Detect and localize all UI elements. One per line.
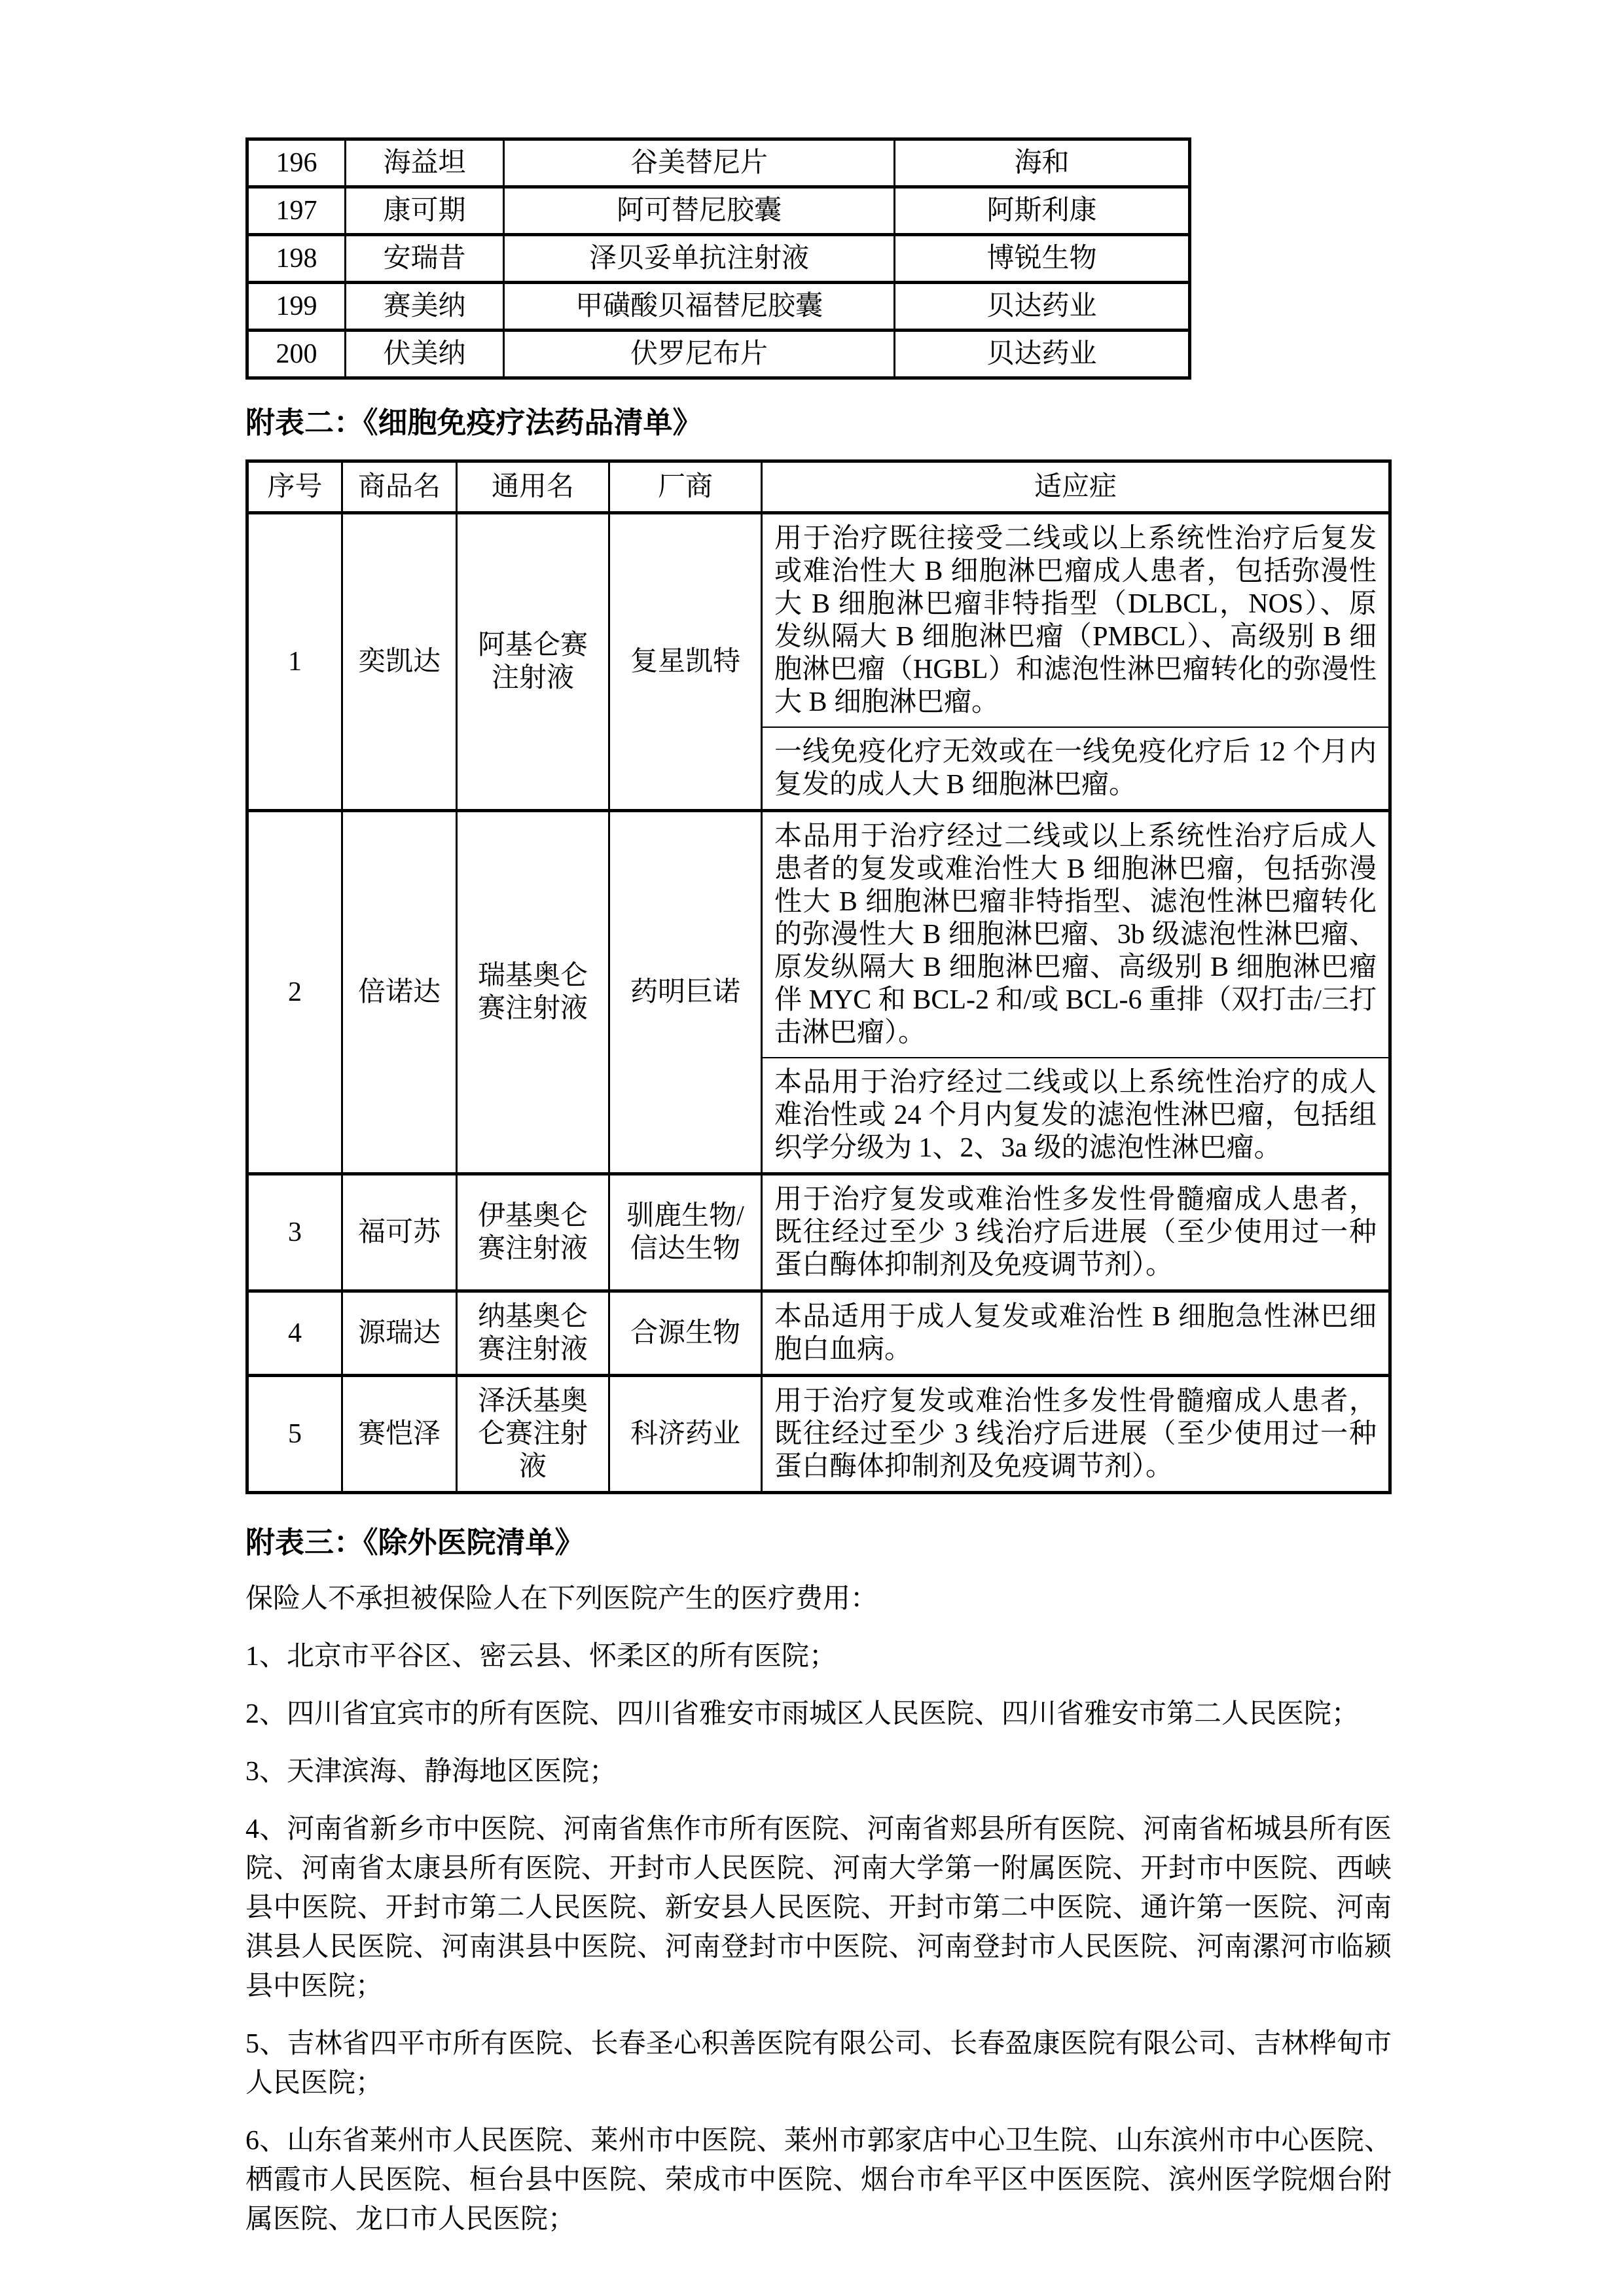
brand-name: 海益坦	[346, 139, 504, 187]
manufacturer: 驯鹿生物/信达生物	[609, 1174, 762, 1291]
table-row: 196 海益坦 谷美替尼片 海和	[247, 139, 1190, 187]
row-number: 197	[247, 187, 346, 235]
document-page: 196 海益坦 谷美替尼片 海和 197 康可期 阿可替尼胶囊 阿斯利康 198…	[0, 0, 1624, 2296]
table-row: 4 源瑞达 纳基奥仑赛注射液 合源生物 本品适用于成人复发或难治性 B 细胞急性…	[247, 1291, 1390, 1376]
table-row: 1 奕凯达 阿基仑赛注射液 复星凯特 用于治疗既往接受二线或以上系统性治疗后复发…	[247, 513, 1390, 728]
row-number: 196	[247, 139, 346, 187]
table-row: 3 福可苏 伊基奥仑赛注射液 驯鹿生物/信达生物 用于治疗复发或难治性多发性骨髓…	[247, 1174, 1390, 1291]
appendix3-intro: 保险人不承担被保险人在下列医院产生的医疗费用：	[245, 1579, 1392, 1619]
header-indication: 适应症	[762, 461, 1390, 513]
header-no: 序号	[247, 461, 342, 513]
generic-name: 伏罗尼布片	[504, 331, 895, 378]
immunotherapy-drug-table: 序号 商品名 通用名 厂商 适应症 1 奕凯达 阿基仑赛注射液 复星凯特 用于治…	[245, 459, 1392, 1494]
generic-name: 谷美替尼片	[504, 139, 895, 187]
table-row: 5 赛恺泽 泽沃基奥仑赛注射液 科济药业 用于治疗复发或难治性多发性骨髓瘤成人患…	[247, 1376, 1390, 1493]
indication-text: 本品适用于成人复发或难治性 B 细胞急性淋巴细胞白血病。	[762, 1291, 1390, 1376]
manufacturer: 合源生物	[609, 1291, 762, 1376]
row-number: 5	[247, 1376, 342, 1493]
manufacturer: 科济药业	[609, 1376, 762, 1493]
generic-name: 阿基仑赛注射液	[457, 513, 609, 811]
brand-name: 源瑞达	[342, 1291, 457, 1376]
hospital-item-6: 6、山东省莱州市人民医院、莱州市中医院、莱州市郭家店中心卫生院、山东滨州市中心医…	[245, 2121, 1392, 2239]
generic-name: 甲磺酸贝福替尼胶囊	[504, 283, 895, 331]
generic-name: 泽沃基奥仑赛注射液	[457, 1376, 609, 1493]
hospital-item-4: 4、河南省新乡市中医院、河南省焦作市所有医院、河南省郏县所有医院、河南省柘城县所…	[245, 1810, 1392, 2006]
appendix2-heading: 附表二：《细胞免疫疗法药品清单》	[245, 404, 1392, 441]
manufacturer: 贝达药业	[895, 283, 1190, 331]
manufacturer: 阿斯利康	[895, 187, 1190, 235]
indication-text: 用于治疗复发或难治性多发性骨髓瘤成人患者，既往经过至少 3 线治疗后进展（至少使…	[762, 1376, 1390, 1493]
brand-name: 赛恺泽	[342, 1376, 457, 1493]
table-row: 2 倍诺达 瑞基奥仑赛注射液 药明巨诺 本品用于治疗经过二线或以上系统性治疗后成…	[247, 811, 1390, 1058]
row-number: 4	[247, 1291, 342, 1376]
indication-text: 用于治疗既往接受二线或以上系统性治疗后复发或难治性大 B 细胞淋巴瘤成人患者，包…	[762, 513, 1390, 728]
hospital-item-5: 5、吉林省四平市所有医院、长春圣心积善医院有限公司、长春盈康医院有限公司、吉林桦…	[245, 2024, 1392, 2103]
hospital-item-2: 2、四川省宜宾市的所有医院、四川省雅安市雨城区人民医院、四川省雅安市第二人民医院…	[245, 1695, 1392, 1734]
row-number: 199	[247, 283, 346, 331]
row-number: 1	[247, 513, 342, 811]
generic-name: 阿可替尼胶囊	[504, 187, 895, 235]
indication-text: 本品用于治疗经过二线或以上系统性治疗后成人患者的复发或难治性大 B 细胞淋巴瘤，…	[762, 811, 1390, 1058]
manufacturer: 贝达药业	[895, 331, 1190, 378]
brand-name: 伏美纳	[346, 331, 504, 378]
brand-name: 赛美纳	[346, 283, 504, 331]
row-number: 200	[247, 331, 346, 378]
header-brand: 商品名	[342, 461, 457, 513]
header-generic: 通用名	[457, 461, 609, 513]
generic-name: 伊基奥仑赛注射液	[457, 1174, 609, 1291]
generic-name: 瑞基奥仑赛注射液	[457, 811, 609, 1174]
manufacturer: 海和	[895, 139, 1190, 187]
table-row: 199 赛美纳 甲磺酸贝福替尼胶囊 贝达药业	[247, 283, 1190, 331]
brand-name: 安瑞昔	[346, 235, 504, 283]
indication-text: 本品用于治疗经过二线或以上系统性治疗的成人难治性或 24 个月内复发的滤泡性淋巴…	[762, 1058, 1390, 1174]
manufacturer: 复星凯特	[609, 513, 762, 811]
drug-list-table-continued: 196 海益坦 谷美替尼片 海和 197 康可期 阿可替尼胶囊 阿斯利康 198…	[245, 137, 1191, 380]
generic-name: 纳基奥仑赛注射液	[457, 1291, 609, 1376]
brand-name: 福可苏	[342, 1174, 457, 1291]
header-row: 序号 商品名 通用名 厂商 适应症	[247, 461, 1390, 513]
indication-text: 一线免疫化疗无效或在一线免疫化疗后 12 个月内复发的成人大 B 细胞淋巴瘤。	[762, 727, 1390, 811]
appendix3-heading: 附表三：《除外医院清单》	[245, 1524, 1392, 1561]
generic-name: 泽贝妥单抗注射液	[504, 235, 895, 283]
brand-name: 康可期	[346, 187, 504, 235]
hospital-item-1: 1、北京市平谷区、密云县、怀柔区的所有医院；	[245, 1637, 1392, 1676]
row-number: 3	[247, 1174, 342, 1291]
brand-name: 奕凯达	[342, 513, 457, 811]
row-number: 2	[247, 811, 342, 1174]
table-row: 197 康可期 阿可替尼胶囊 阿斯利康	[247, 187, 1190, 235]
table-row: 200 伏美纳 伏罗尼布片 贝达药业	[247, 331, 1190, 378]
indication-text: 用于治疗复发或难治性多发性骨髓瘤成人患者，既往经过至少 3 线治疗后进展（至少使…	[762, 1174, 1390, 1291]
row-number: 198	[247, 235, 346, 283]
manufacturer: 药明巨诺	[609, 811, 762, 1174]
manufacturer: 博锐生物	[895, 235, 1190, 283]
header-manufacturer: 厂商	[609, 461, 762, 513]
hospital-item-3: 3、天津滨海、静海地区医院；	[245, 1752, 1392, 1791]
brand-name: 倍诺达	[342, 811, 457, 1174]
table-row: 198 安瑞昔 泽贝妥单抗注射液 博锐生物	[247, 235, 1190, 283]
